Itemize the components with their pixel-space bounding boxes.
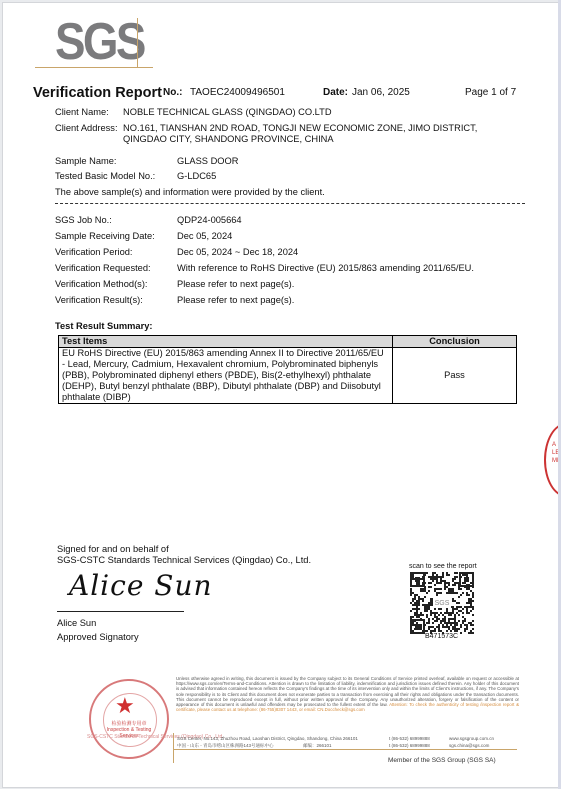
table-row: EU RoHS Directive (EU) 2015/863 amending… <box>59 348 517 404</box>
svg-text:SGS: SGS <box>435 600 450 607</box>
detail-label: Sample Receiving Date: <box>55 230 155 242</box>
footer-divider <box>173 749 517 750</box>
signature-line <box>57 611 184 612</box>
email-link[interactable]: sgs.china@sgs.com <box>449 743 489 748</box>
signatory-name: Alice Sun <box>57 617 96 629</box>
page-edge-seal: ALBME <box>544 423 559 497</box>
detail-label: Verification Requested: <box>55 262 151 274</box>
qr-caption: scan to see the report <box>409 563 477 570</box>
detail-value: Dec 05, 2024 <box>177 230 232 242</box>
qr-code-icon[interactable]: SGS <box>410 572 474 634</box>
client-address-label: Client Address: <box>55 122 118 134</box>
address-en: SGS Center, No.143, Zhuzhou Road, Laosha… <box>177 736 358 741</box>
sample-name-value: GLASS DOOR <box>177 155 238 167</box>
report-no-label: No.: <box>163 87 182 98</box>
signing-company: SGS-CSTC Standards Technical Services (Q… <box>57 555 311 566</box>
detail-label: Verification Result(s): <box>55 294 143 306</box>
test-item-cell: EU RoHS Directive (EU) 2015/863 amending… <box>59 348 393 404</box>
handwritten-signature: Alice Sun <box>69 569 213 602</box>
report-no-value: TAOEC24009496501 <box>190 87 285 98</box>
col-test-items: Test Items <box>59 336 393 348</box>
sample-name-label: Sample Name: <box>55 155 117 167</box>
detail-label: SGS Job No.: <box>55 214 112 226</box>
result-summary-table: Test Items Conclusion EU RoHS Directive … <box>58 335 517 404</box>
detail-value: Dec 05, 2024 ~ Dec 18, 2024 <box>177 246 298 258</box>
logo-text: SGS <box>55 16 144 68</box>
date-value: Jan 06, 2025 <box>352 87 410 98</box>
page-indicator: Page 1 of 7 <box>465 87 516 98</box>
website-link[interactable]: www.sgsgroup.com.cn <box>449 736 494 741</box>
detail-value: QDP24-005664 <box>177 214 242 226</box>
client-name-value: NOBLE TECHNICAL GLASS (QINGDAO) CO.LTD <box>123 106 332 118</box>
sgs-logo: SGS <box>35 18 155 70</box>
client-name-label: Client Name: <box>55 106 109 118</box>
signature-block: Signed for and on behalf of SGS-CSTC Sta… <box>57 544 311 566</box>
detail-value: Please refer to next page(s). <box>177 294 294 306</box>
client-address-line2: QINGDAO CITY, SHANDONG PROVINCE, CHINA <box>123 133 334 145</box>
model-value: G-LDC65 <box>177 170 216 182</box>
detail-value: With reference to RoHS Directive (EU) 20… <box>177 262 474 274</box>
detail-label: Verification Period: <box>55 246 133 258</box>
summary-title: Test Result Summary: <box>55 321 152 331</box>
detail-label: Verification Method(s): <box>55 278 148 290</box>
signed-on-behalf: Signed for and on behalf of <box>57 544 311 555</box>
report-header: Verification Report No.: TAOEC2400949650… <box>33 85 558 103</box>
report-title: Verification Report <box>33 85 162 101</box>
signatory-role: Approved Signatory <box>57 631 139 643</box>
conclusion-cell: Pass <box>393 348 517 404</box>
telephone-2: t (86-532) 68999888 <box>389 743 430 748</box>
company-seal: ★ 检验检测专用章 Inspection & Testing Services <box>89 679 169 759</box>
model-label: Tested Basic Model No.: <box>55 170 155 182</box>
qr-verification-code: B471573C <box>425 633 458 640</box>
sample-note: The above sample(s) and information were… <box>55 186 325 198</box>
legal-disclaimer: Unless otherwise agreed in writing, this… <box>176 676 519 712</box>
telephone-1: t (86-532) 68999888 <box>389 736 430 741</box>
detail-value: Please refer to next page(s). <box>177 278 294 290</box>
report-page: SGS Verification Report No.: TAOEC240094… <box>2 2 559 788</box>
col-conclusion: Conclusion <box>393 336 517 348</box>
divider <box>55 203 525 204</box>
star-icon: ★ <box>115 695 135 717</box>
sgs-group-member: Member of the SGS Group (SGS SA) <box>388 757 496 764</box>
date-label: Date: <box>323 87 348 98</box>
